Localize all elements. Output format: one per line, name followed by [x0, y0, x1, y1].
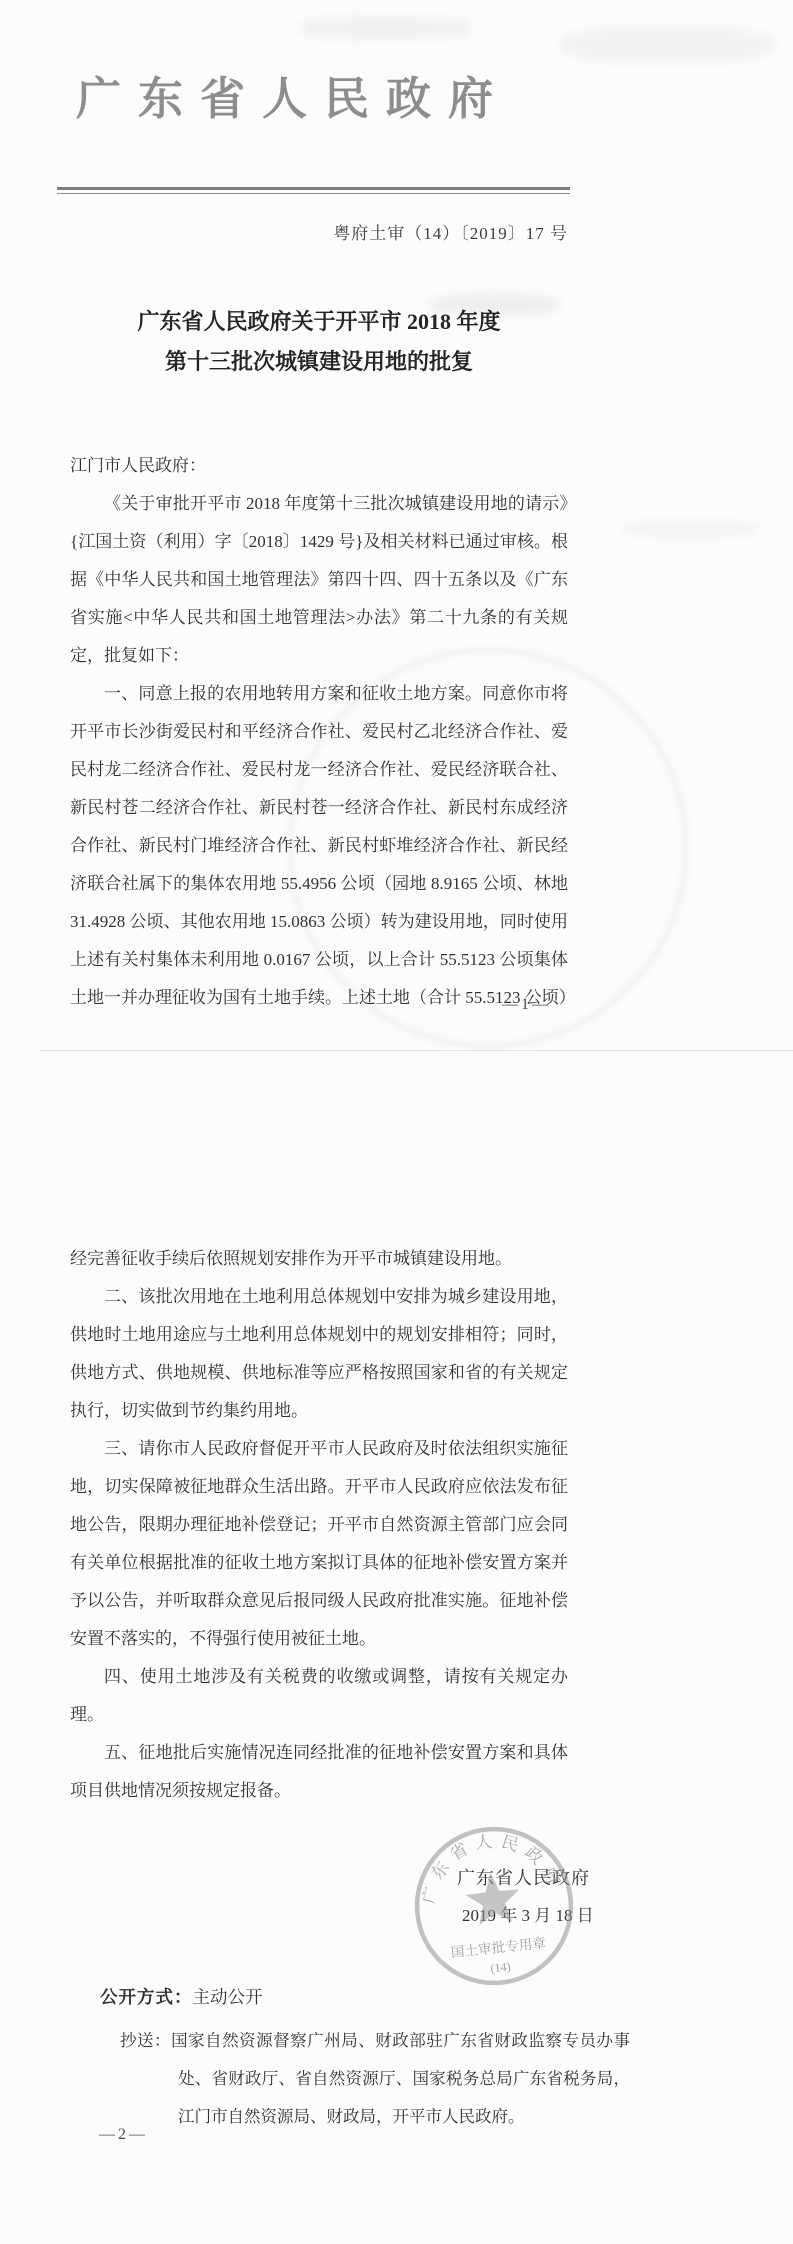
document-title: 广东省人民政府关于开平市 2018 年度 第十三批次城镇建设用地的批复 — [40, 302, 598, 382]
publicity-value: 主动公开 — [193, 1987, 263, 2007]
publicity-label: 公开方式： — [100, 1987, 193, 2007]
cc-list: 抄送：国家自然资源督察广州局、财政部驻广东省财政监察专员办事处、省财政厅、省自然… — [120, 2022, 630, 2136]
publicity-method: 公开方式：主动公开 — [100, 1984, 263, 2009]
stamp-star-icon — [464, 1870, 523, 1927]
cc-text: 国家自然资源督察广州局、财政部驻广东省财政监察专员办事处、省财政厅、省自然资源厅… — [171, 2031, 630, 2126]
stamp-label: 国土审批专用章 — [450, 1934, 547, 1960]
paragraph-item1-continued: 经完善征收手续后依照规划安排作为开平市城镇建设用地。 — [70, 1240, 568, 1278]
page1-number: —1— — [502, 996, 551, 1014]
scan-artifact — [560, 26, 775, 64]
page2-number: —2— — [99, 2126, 148, 2144]
paragraph-item1: 一、同意上报的农用地转用方案和征收土地方案。同意你市将开平市长沙街爱民村和平经济… — [70, 675, 568, 1017]
scan-artifact — [300, 16, 470, 40]
document-title-line2: 第十三批次城镇建设用地的批复 — [40, 342, 598, 382]
page1-body: 江门市人民政府： 《关于审批开平市 2018 年度第十三批次城镇建设用地的请示》… — [70, 447, 568, 1017]
header-divider-thin — [57, 193, 570, 194]
paragraph-item2: 二、该批次用地在土地利用总体规划中安排为城乡建设用地，供地时土地用途应与土地利用… — [70, 1278, 568, 1430]
document-page: 广东省人民政府 粤府土审（14）〔2019〕17 号 广东省人民政府关于开平市 … — [0, 0, 793, 2244]
page-break-line — [40, 1050, 793, 1051]
stamp-number: (14) — [490, 1959, 512, 1975]
official-stamp: 广东省人民政府 国土审批专用章 (14) — [399, 1811, 588, 2000]
document-title-line1: 广东省人民政府关于开平市 2018 年度 — [40, 302, 598, 342]
document-number: 粤府土审（14）〔2019〕17 号 — [70, 219, 568, 244]
paragraph-item5: 五、征地批后实施情况连同经批准的征地补偿安置方案和具体项目供地情况须按规定报备。 — [70, 1734, 568, 1810]
paragraph-intro: 《关于审批开平市 2018 年度第十三批次城镇建设用地的请示》{江国土资（利用）… — [70, 485, 568, 675]
scan-artifact — [620, 520, 760, 538]
issuing-authority-header: 广东省人民政府 — [76, 62, 716, 127]
salutation: 江门市人民政府： — [70, 447, 568, 485]
header-divider-thick — [57, 187, 570, 190]
paragraph-item4: 四、使用土地涉及有关税费的收缴或调整，请按有关规定办理。 — [70, 1658, 568, 1734]
paragraph-item3: 三、请你市人民政府督促开平市人民政府及时依法组织实施征地，切实保障被征地群众生活… — [70, 1430, 568, 1658]
cc-label: 抄送： — [120, 2031, 171, 2050]
page2-body: 经完善征收手续后依照规划安排作为开平市城镇建设用地。 二、该批次用地在土地利用总… — [70, 1240, 568, 1810]
